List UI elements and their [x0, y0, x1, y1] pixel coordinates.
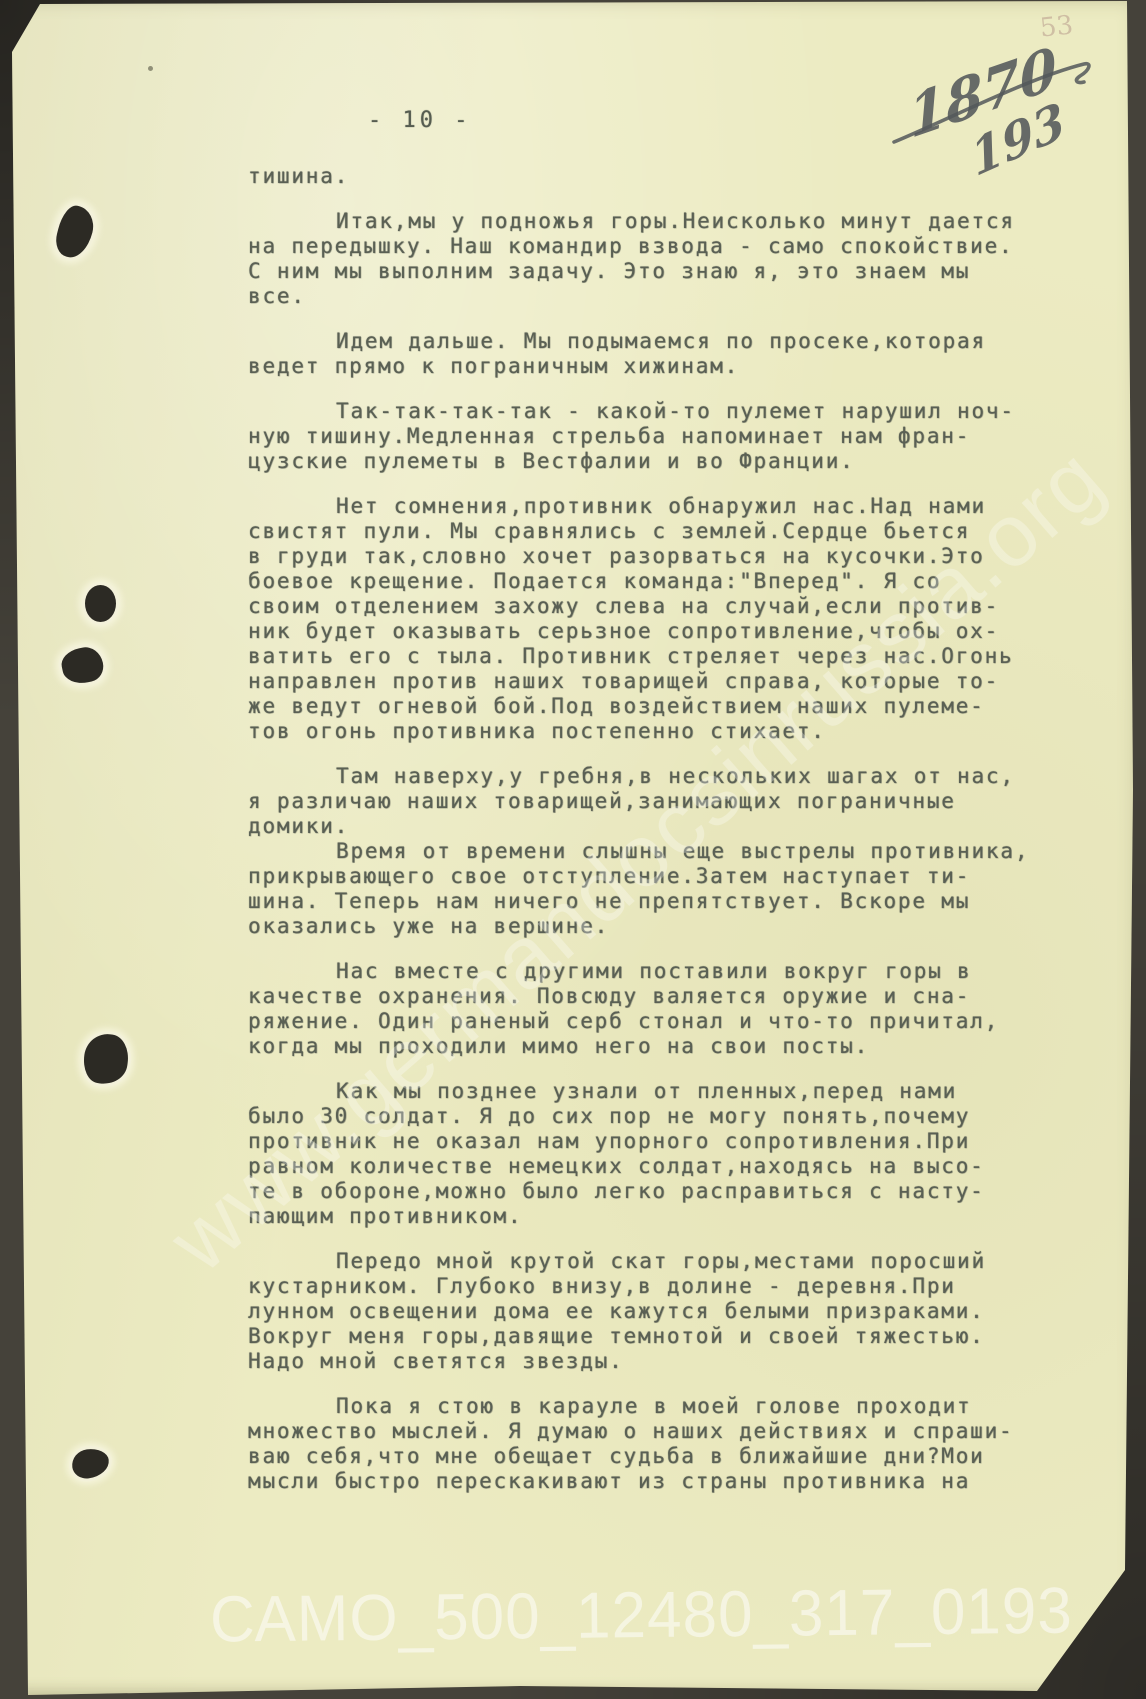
text-line: Передо мной крутой скат горы,местами пор… [248, 1249, 1058, 1274]
paper-tear-hole [59, 644, 106, 687]
text-line: те в обороне,можно было легко расправить… [248, 1179, 1058, 1204]
paper-speck [148, 66, 153, 71]
text-line: цузские пулеметы в Вестфалии и во Франци… [248, 449, 1058, 474]
text-line: Идем дальше. Мы подымаемся по просеке,ко… [248, 329, 1058, 354]
text-line: Нас вместе с другими поставили вокруг го… [248, 959, 1058, 984]
paper-tear-hole [70, 1447, 110, 1480]
paper-tear-hole [52, 203, 98, 262]
text-line: оказались уже на вершине. [248, 914, 1058, 939]
paragraph: Пока я стою в карауле в моей голове прох… [248, 1394, 1058, 1494]
text-line: качестве охранения. Повсюду валяется ору… [248, 984, 1058, 1009]
text-line: мысли быстро перескакивают из страны про… [248, 1469, 1058, 1494]
text-line: лунном освещении дома ее кажутся белыми … [248, 1299, 1058, 1324]
text-line: пающим противником. [248, 1204, 1058, 1229]
text-line: Вокруг меня горы,давящие темнотой и свое… [248, 1324, 1058, 1349]
text-line: С ним мы выполним задачу. Это знаю я, эт… [248, 259, 1058, 284]
text-line: тишина. [248, 164, 1058, 189]
paragraph: Так-так-так-так - какой-то пулемет наруш… [248, 399, 1058, 474]
paragraph: тишина. [248, 164, 1058, 189]
text-line: ваю себя,что мне обещает судьба в ближай… [248, 1444, 1058, 1469]
text-line: Надо мной светятся звезды. [248, 1349, 1058, 1374]
paragraph: Итак,мы у подножья горы.Неисколько минут… [248, 209, 1058, 309]
page-number: - 10 - [368, 108, 471, 133]
text-line: Так-так-так-так - какой-то пулемет наруш… [248, 399, 1058, 424]
paragraph: Идем дальше. Мы подымаемся по просеке,ко… [248, 329, 1058, 379]
bottom-watermark: САМО_500_12480_317_0193 [210, 1574, 1074, 1658]
text-line: все. [248, 284, 1058, 309]
text-line: Нет сомнения,противник обнаружил нас.Над… [248, 494, 1058, 519]
text-line: на передышку. Наш командир взвода - само… [248, 234, 1058, 259]
text-line: тов огонь противника постепенно стихает. [248, 719, 1058, 744]
text-line: кустарником. Глубоко внизу,в долине - де… [248, 1274, 1058, 1299]
text-line: же ведут огневой бой.Под воздействием на… [248, 694, 1058, 719]
punch-hole [85, 585, 116, 622]
paper-tear-hole [81, 1031, 132, 1087]
text-line: Итак,мы у подножья горы.Неисколько минут… [248, 209, 1058, 234]
text-line: Пока я стою в карауле в моей голове прох… [248, 1394, 1058, 1419]
text-line: ведет прямо к пограничным хижинам. [248, 354, 1058, 379]
text-line: множество мыслей. Я думаю о наших действ… [248, 1419, 1058, 1444]
text-line: ную тишину.Медленная стрельба напоминает… [248, 424, 1058, 449]
scan-background: - 10 - 53 1870 193 тишина.Итак,мы у подн… [0, 0, 1146, 1699]
text-line: направлен против наших товарищей справа,… [248, 669, 1058, 694]
document-page: - 10 - 53 1870 193 тишина.Итак,мы у подн… [0, 0, 1146, 1699]
paragraph: Передо мной крутой скат горы,местами пор… [248, 1249, 1058, 1374]
